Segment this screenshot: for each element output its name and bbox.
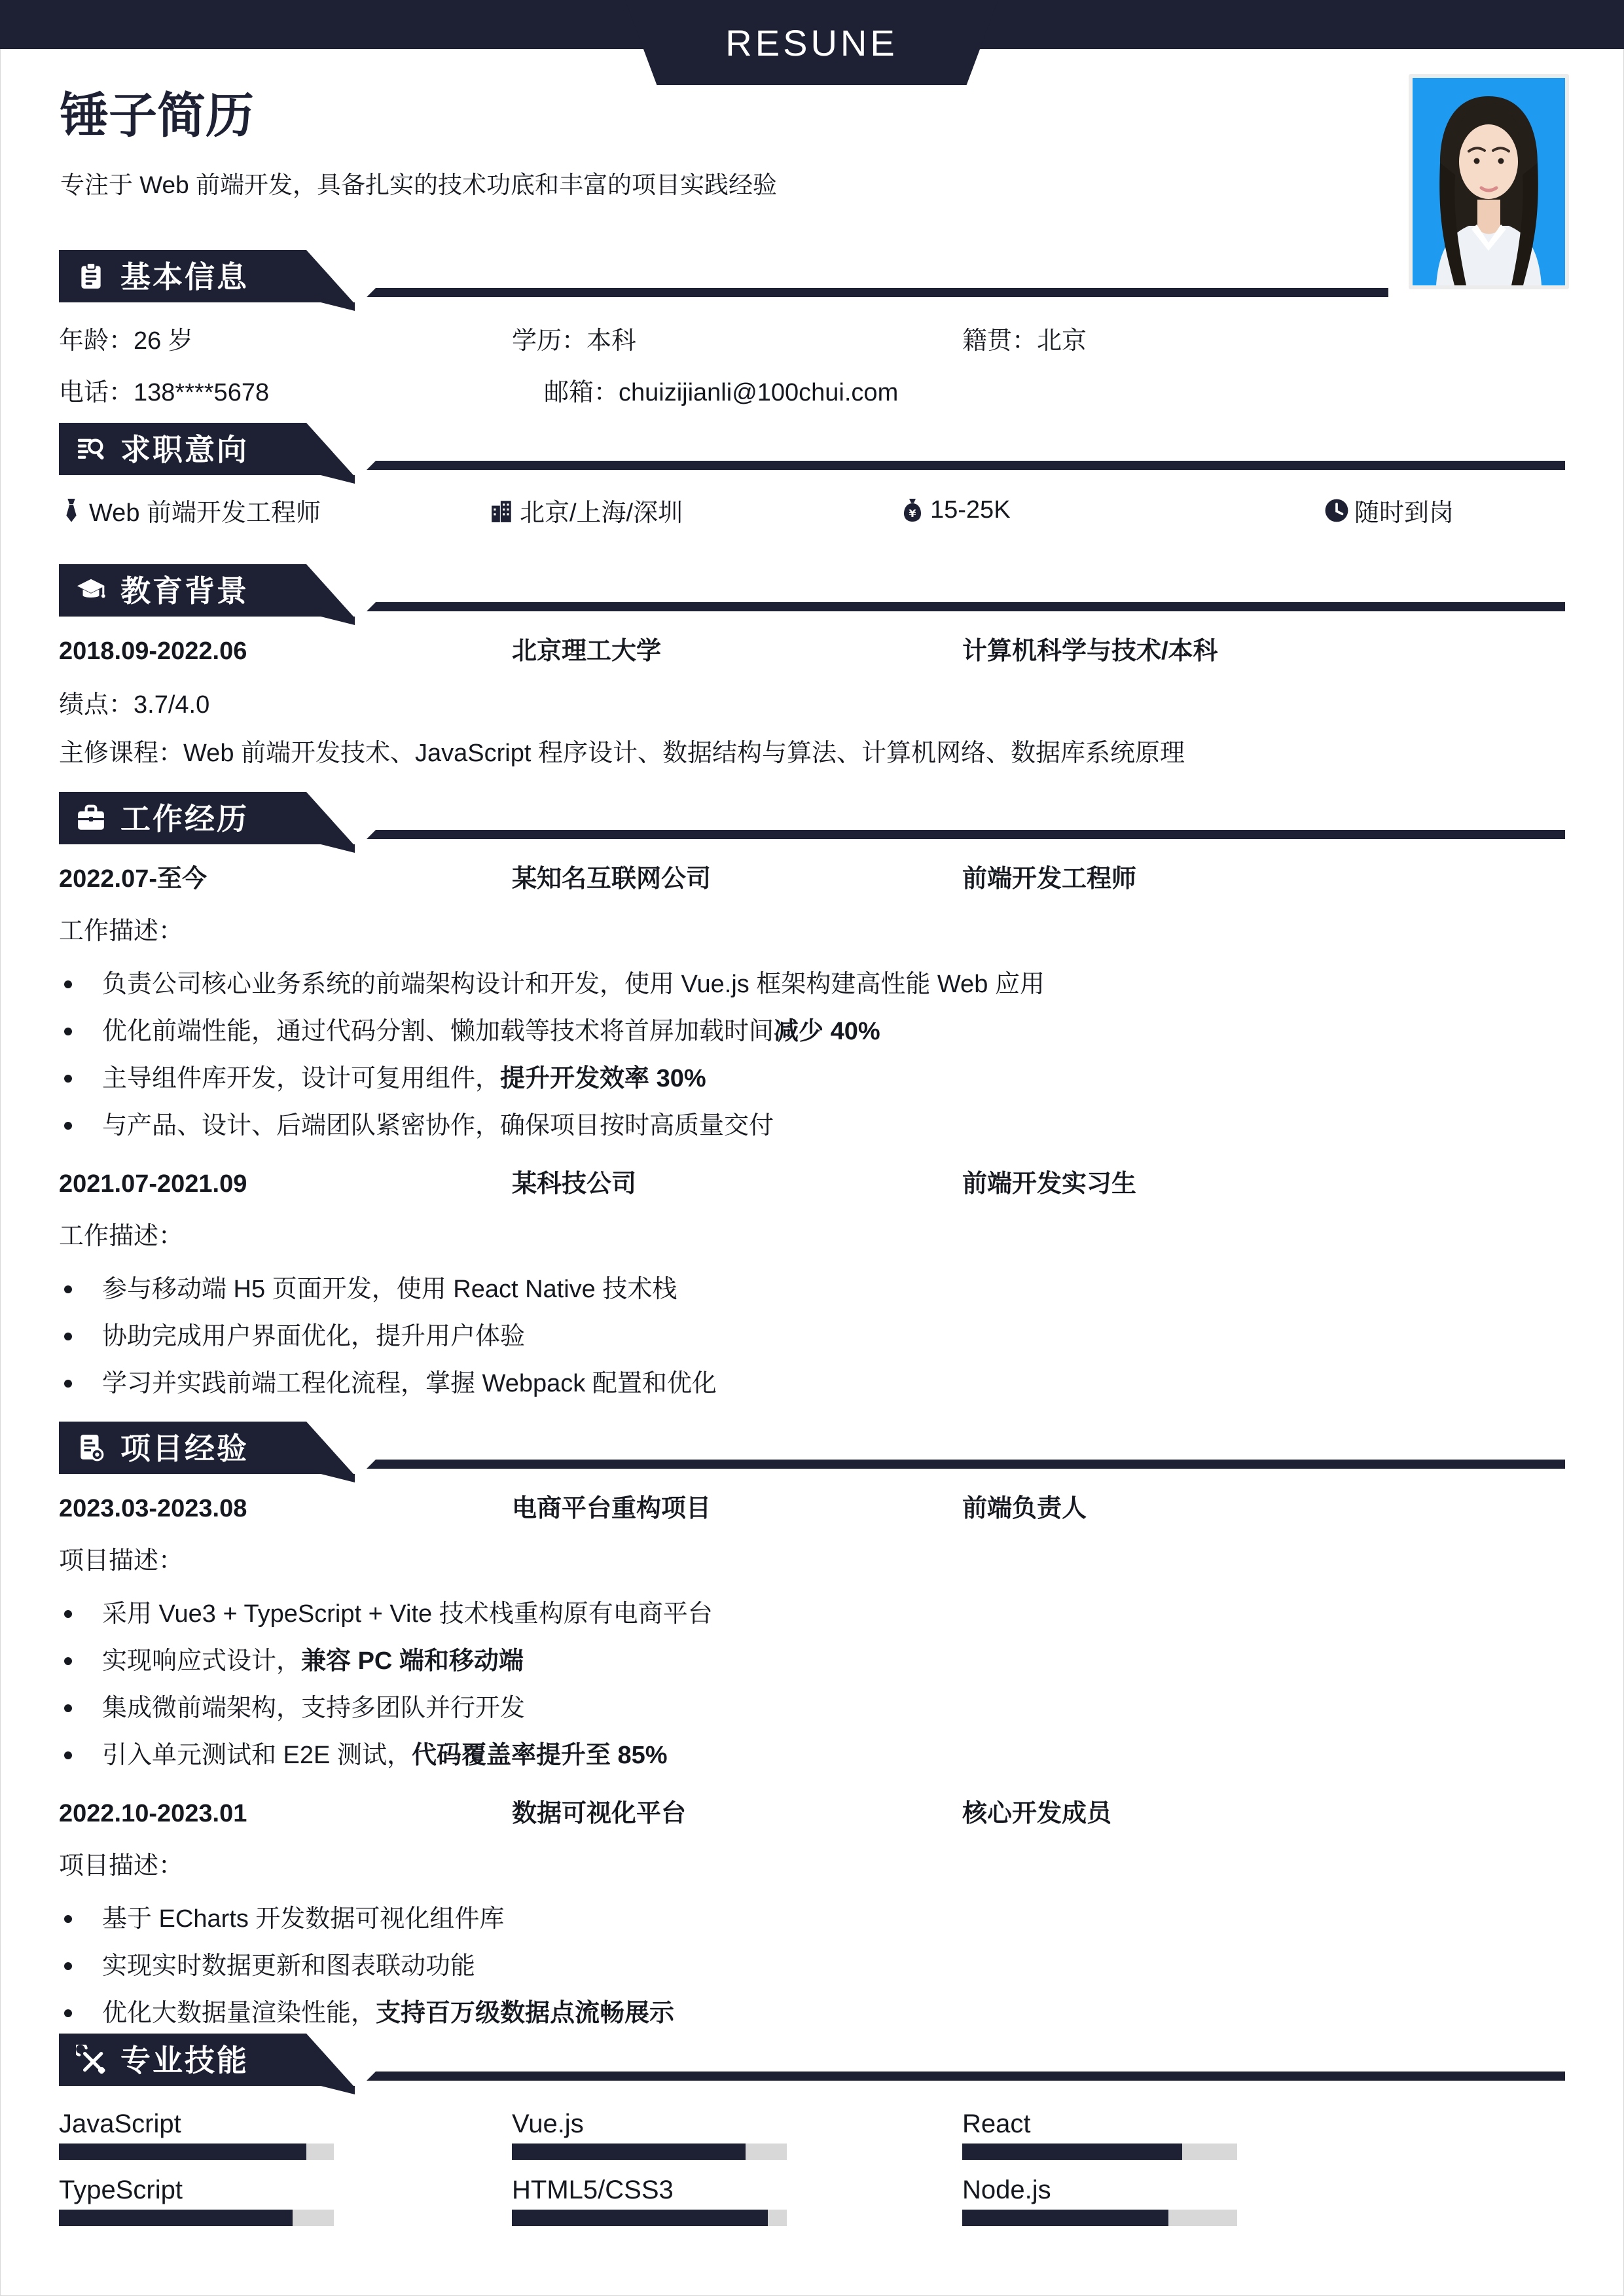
bullet-item: 与产品、设计、后端团队紧密协作，确保项目按时高质量交付	[59, 1102, 1565, 1149]
skill-item: Vue.js	[512, 2108, 962, 2160]
tools-icon	[76, 2045, 106, 2075]
skill-bar	[962, 2144, 1237, 2160]
bullet-dot	[64, 1285, 72, 1293]
skill-name: JavaScript	[59, 2108, 512, 2140]
bullet-dot	[64, 1751, 72, 1759]
skill-item: JavaScript	[59, 2108, 512, 2160]
skill-item: HTML5/CSS3	[512, 2174, 962, 2226]
bullet-item: 优化大数据量渲染性能，支持百万级数据点流畅展示	[59, 1990, 1565, 2037]
bullet-dot	[64, 1380, 72, 1388]
skill-bar	[59, 2210, 334, 2226]
section-title-block: 工作经历	[59, 792, 353, 844]
section-title-block: 基本信息	[59, 250, 353, 302]
basic-age: 年龄：26 岁	[59, 315, 512, 367]
section-projects: 项目经验 2023.03-2023.08 电商平台重构项目 前端负责人 项目描述…	[59, 1422, 1565, 2037]
bullet-dot	[64, 1122, 72, 1130]
basic-phone: 电话：138****5678	[59, 367, 512, 419]
section-header-line	[367, 1460, 1565, 1469]
skill-bar-fill	[962, 2210, 1168, 2226]
bullet-dot	[64, 980, 72, 988]
project-period: 2022.10-2023.01	[59, 1793, 512, 1834]
basic-hometown: 籍贯：北京	[962, 315, 1565, 367]
skill-bar-fill	[512, 2210, 768, 2226]
section-work: 工作经历 2022.07-至今 某知名互联网公司 前端开发工程师 工作描述： 负…	[59, 792, 1565, 1407]
clock-icon	[1324, 498, 1349, 523]
bullet-list: 负责公司核心业务系统的前端架构设计和开发，使用 Vue.js 框架构建高性能 W…	[59, 961, 1565, 1149]
bullet-dot	[64, 1075, 72, 1083]
project-role: 前端负责人	[962, 1488, 1565, 1529]
search-doc-icon	[76, 434, 106, 464]
bullet-item: 优化前端性能，通过代码分割、懒加载等技术将首屏加载时间减少 40%	[59, 1008, 1565, 1055]
briefcase-icon	[76, 803, 106, 833]
bullet-dot	[64, 1962, 72, 1970]
project-period: 2023.03-2023.08	[59, 1488, 512, 1529]
intent-city: 北京/上海/深圳	[490, 492, 900, 528]
skill-bar	[512, 2210, 787, 2226]
building-icon	[490, 498, 514, 523]
skill-name: HTML5/CSS3	[512, 2174, 962, 2206]
section-title: 专业技能	[120, 2037, 249, 2083]
project-desc-label: 项目描述：	[59, 1537, 1565, 1585]
project-name: 数据可视化平台	[512, 1793, 962, 1834]
skill-bar-fill	[962, 2144, 1182, 2160]
skill-name: TypeScript	[59, 2174, 512, 2206]
project-desc-label: 项目描述：	[59, 1842, 1565, 1890]
skill-bar	[962, 2210, 1237, 2226]
section-header-fold	[321, 302, 355, 311]
section-header-fold	[321, 1474, 355, 1482]
skill-bar-fill	[59, 2144, 306, 2160]
intent-availability: 随时到岗	[1324, 492, 1565, 528]
bullet-item: 基于 ECharts 开发数据可视化组件库	[59, 1895, 1565, 1943]
skill-item: React	[962, 2108, 1565, 2160]
project-name: 电商平台重构项目	[512, 1488, 962, 1529]
bullet-item: 参与移动端 H5 页面开发，使用 React Native 技术栈	[59, 1266, 1565, 1313]
job-desc-label: 工作描述：	[59, 1212, 1565, 1261]
bullet-list: 采用 Vue3 + TypeScript + Vite 技术栈重构原有电商平台 …	[59, 1590, 1565, 1779]
section-title-block: 项目经验	[59, 1422, 353, 1474]
skill-item: Node.js	[962, 2174, 1565, 2226]
job-company: 某科技公司	[512, 1164, 962, 1204]
candidate-name: 锤子简历	[60, 77, 254, 147]
section-header-fold	[321, 844, 355, 853]
section-basic-info: 基本信息 年龄：26 岁 学历：本科 籍贯：北京 电话：138****5678 …	[59, 250, 1565, 419]
section-header-fold	[321, 2086, 355, 2094]
section-header: 求职意向	[59, 423, 1565, 475]
section-header: 项目经验	[59, 1422, 1565, 1474]
skill-name: React	[962, 2108, 1565, 2140]
bullet-dot	[64, 1915, 72, 1923]
bullet-dot	[64, 1610, 72, 1618]
project-header-row: 2022.10-2023.01 数据可视化平台 核心开发成员	[59, 1793, 1565, 1834]
section-title: 教育背景	[120, 567, 249, 613]
intent-row: Web 前端开发工程师 北京/上海/深圳 ¥ 15-25K 随时到岗	[59, 492, 1565, 528]
section-header-line	[367, 288, 1388, 297]
bullet-item: 实现响应式设计，兼容 PC 端和移动端	[59, 1638, 1565, 1685]
section-title: 基本信息	[120, 253, 249, 299]
intent-salary: ¥ 15-25K	[900, 496, 1324, 524]
section-header-line	[367, 461, 1565, 470]
project-doc-icon	[76, 1433, 106, 1463]
project-header-row: 2023.03-2023.08 电商平台重构项目 前端负责人	[59, 1488, 1565, 1529]
bullet-dot	[64, 2009, 72, 2017]
banner-tab: RESUNE	[625, 0, 998, 85]
skill-bar	[59, 2144, 334, 2160]
bullet-item: 负责公司核心业务系统的前端架构设计和开发，使用 Vue.js 框架构建高性能 W…	[59, 961, 1565, 1008]
section-header-line	[367, 2072, 1565, 2081]
bullet-item: 实现实时数据更新和图表联动功能	[59, 1943, 1565, 1990]
clipboard-icon	[76, 261, 106, 291]
job-header-row: 2021.07-2021.09 某科技公司 前端开发实习生	[59, 1164, 1565, 1204]
job-role: 前端开发实习生	[962, 1164, 1565, 1204]
graduation-cap-icon	[76, 575, 106, 605]
skills-grid: JavaScript Vue.js React TypeScript HTML5…	[59, 2108, 1565, 2226]
job-desc-label: 工作描述：	[59, 907, 1565, 956]
resume-page: RESUNE 锤子简历 专注于 Web 前端开发，具备扎实的技术功底和丰富的项目…	[0, 0, 1624, 2296]
section-title: 项目经验	[120, 1425, 249, 1471]
education-courses: 主修课程：Web 前端开发技术、JavaScript 程序设计、数据结构与算法、…	[59, 729, 1565, 778]
education-school: 北京理工大学	[512, 631, 962, 672]
bullet-item: 引入单元测试和 E2E 测试，代码覆盖率提升至 85%	[59, 1732, 1565, 1779]
job-period: 2021.07-2021.09	[59, 1164, 512, 1204]
skill-bar-fill	[59, 2210, 293, 2226]
bullet-dot	[64, 1657, 72, 1665]
section-job-intent: 求职意向 Web 前端开发工程师 北京/上海/深圳 ¥ 15-25K 随时到岗	[59, 423, 1565, 528]
skill-name: Vue.js	[512, 2108, 962, 2140]
moneybag-icon: ¥	[900, 498, 925, 523]
section-header: 基本信息	[59, 250, 1565, 302]
education-row: 2018.09-2022.06 北京理工大学 计算机科学与技术/本科	[59, 631, 1565, 672]
basic-email: 邮箱：chuizijianli@100chui.com	[512, 367, 962, 419]
bullet-dot	[64, 1704, 72, 1712]
bullet-dot	[64, 1028, 72, 1035]
section-header-line	[367, 830, 1565, 839]
education-major: 计算机科学与技术/本科	[962, 631, 1565, 672]
section-header-fold	[321, 475, 355, 484]
bullet-item: 学习并实践前端工程化流程，掌握 Webpack 配置和优化	[59, 1360, 1565, 1407]
basic-info-row: 年龄：26 岁 学历：本科 籍贯：北京 电话：138****5678 邮箱：ch…	[59, 315, 1565, 419]
bullet-list: 参与移动端 H5 页面开发，使用 React Native 技术栈 协助完成用户…	[59, 1266, 1565, 1407]
education-period: 2018.09-2022.06	[59, 631, 512, 672]
section-header: 教育背景	[59, 564, 1565, 617]
basic-degree: 学历：本科	[512, 315, 962, 367]
section-header: 工作经历	[59, 792, 1565, 844]
section-title-block: 求职意向	[59, 423, 353, 475]
section-header-line	[367, 602, 1565, 611]
tie-icon	[59, 498, 84, 523]
candidate-tagline: 专注于 Web 前端开发，具备扎实的技术功底和丰富的项目实践经验	[60, 165, 777, 200]
section-title: 工作经历	[120, 795, 249, 841]
section-header-fold	[321, 617, 355, 625]
bullet-item: 采用 Vue3 + TypeScript + Vite 技术栈重构原有电商平台	[59, 1590, 1565, 1638]
bullet-item: 主导组件库开发，设计可复用组件，提升开发效率 30%	[59, 1055, 1565, 1102]
svg-text:¥: ¥	[909, 507, 916, 520]
section-header: 专业技能	[59, 2034, 1565, 2086]
bullet-item: 协助完成用户界面优化，提升用户体验	[59, 1313, 1565, 1360]
job-header-row: 2022.07-至今 某知名互联网公司 前端开发工程师	[59, 859, 1565, 899]
section-education: 教育背景 2018.09-2022.06 北京理工大学 计算机科学与技术/本科 …	[59, 564, 1565, 778]
section-skills: 专业技能 JavaScript Vue.js React TypeScript	[59, 2034, 1565, 2226]
skill-name: Node.js	[962, 2174, 1565, 2206]
skill-bar	[512, 2144, 787, 2160]
job-role: 前端开发工程师	[962, 859, 1565, 899]
banner-brand: RESUNE	[725, 22, 897, 64]
bullet-dot	[64, 1333, 72, 1340]
section-title-block: 教育背景	[59, 564, 353, 617]
bullet-list: 基于 ECharts 开发数据可视化组件库 实现实时数据更新和图表联动功能 优化…	[59, 1895, 1565, 2037]
education-gpa: 绩点：3.7/4.0	[59, 681, 1565, 729]
job-company: 某知名互联网公司	[512, 859, 962, 899]
project-role: 核心开发成员	[962, 1793, 1565, 1834]
bullet-item: 集成微前端架构，支持多团队并行开发	[59, 1685, 1565, 1732]
section-title-block: 专业技能	[59, 2034, 353, 2086]
job-period: 2022.07-至今	[59, 859, 512, 899]
intent-position: Web 前端开发工程师	[59, 492, 490, 528]
skill-item: TypeScript	[59, 2174, 512, 2226]
skill-bar-fill	[512, 2144, 746, 2160]
section-title: 求职意向	[120, 426, 249, 472]
